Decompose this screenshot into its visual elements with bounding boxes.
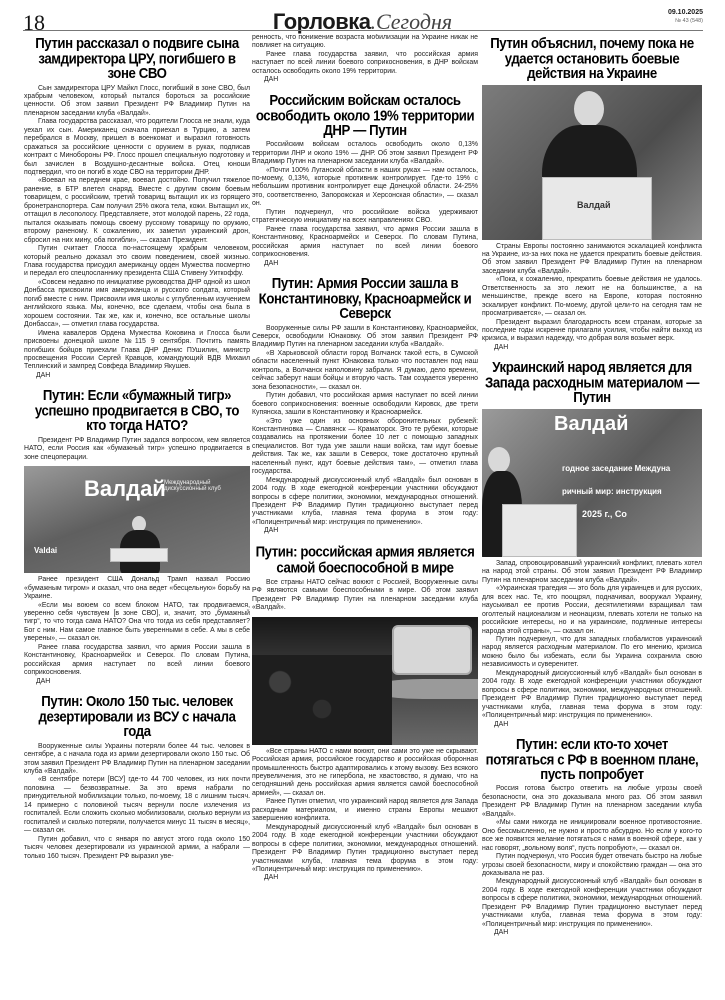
article-paragraph: Вооруженные силы Украины потеряли более … [24,743,250,777]
article-expendable-material: Украинский народ является для Запада рас… [482,362,702,729]
article-photo-putin-podium: Валдай [482,85,702,240]
article-paragraph: Ранее глава государства заявил, что росс… [252,51,478,76]
article-paragraph: Международный дискуссионный клуб «Валдай… [252,477,478,528]
article-headline: Украинский народ является для Запада рас… [482,360,702,405]
article-paragraph: Сын замдиректора ЦРУ Майкл Глосс, погибш… [24,85,250,119]
article-paragraph: Ранее президент США Дональд Трамп назвал… [24,576,250,601]
article-headline: Путин: если кто-то хочет потягаться с РФ… [482,737,702,782]
article-paragraph: Путин подчеркнул, что для западных глоба… [482,636,702,670]
photo-brand-text: Валдай [554,413,628,436]
speaker-head [574,91,604,127]
article-source: ДАН [252,76,478,84]
article-source: ДАН [482,721,702,729]
photo-brand-latin: Valdai [34,546,57,555]
article-source: ДАН [252,527,478,535]
article-paragraph: Запад, спровоцировавший украинский конфл… [482,560,702,585]
article-paragraph: Путин добавил, что российская армия наст… [252,392,478,417]
column-left: Путин рассказал о подвиге сына замдирект… [24,34,250,861]
article-headline: Путин: российская армия является самой б… [252,544,478,574]
article-paragraph: Ранее глава государства заявил, что арми… [252,226,478,260]
photo-brand-subtitle: Международный дискуссионный клуб [164,480,244,492]
column-middle: ренность, что понижение возраста мобилиз… [252,34,478,893]
article-paper-tiger: Путин: Если «бумажный тигр» успешно прод… [24,390,250,686]
article-cia-son: Путин рассказал о подвиге сына замдирект… [24,38,250,380]
article-photo-valdai-session: Валдай годное заседание Междуна ричный м… [482,409,702,557]
podium [110,548,168,562]
article-paragraph: Путин подчеркнул, что Россия будет отвеч… [482,853,702,878]
issue-number: № 43 (548) [668,17,703,26]
column-right: Путин объяснил, почему пока не удается о… [482,34,702,948]
article-paragraph: «Пока, к сожалению, прекратить боевые де… [482,276,702,318]
article-paragraph: Страны Европы постоянно занимаются эскал… [482,243,702,277]
article-let-them-try: Путин: если кто-то хочет потягаться с РФ… [482,739,702,938]
article-dnr-19-percent: Российским войскам осталось освободить о… [252,95,478,268]
article-deserters-continued: ренность, что понижение возраста мобилиз… [252,34,478,85]
photo-banner-line-3: 2025 г., Со [582,509,627,519]
article-paragraph: ренность, что понижение возраста мобилиз… [252,34,478,51]
article-paragraph: «В сентябре потери [ВСУ] где-то 44 700 ч… [24,776,250,835]
article-paragraph: Путин подчеркнул, что российские войска … [252,209,478,226]
article-paragraph: «Почти 100% Луганской области в наших ру… [252,167,478,209]
article-lead: Президент РФ Владимир Путин задался вопр… [24,437,250,462]
article-paragraph: Международный дискуссионный клуб «Валдай… [482,878,702,929]
audience-crowd [252,655,392,745]
article-paragraph: Глава государства рассказал, что родител… [24,118,250,177]
article-headline: Путин: Если «бумажный тигр» успешно прод… [24,388,250,433]
photo-banner-line-2: ричный мир: инструкция [562,487,662,496]
article-headline: Российским войскам осталось освободить о… [252,92,478,137]
podium [502,504,577,557]
article-photo-audience-hall [252,617,478,745]
article-headline: Путин рассказал о подвиге сына замдирект… [24,36,250,81]
article-paragraph: «В Харьковской области город Волчанск та… [252,350,478,392]
article-paragraph: Ранее глава государства заявил, что арми… [24,644,250,678]
article-headline: Путин: Около 150 тыс. человек дезертиров… [24,694,250,739]
article-deserters: Путин: Около 150 тыс. человек дезертиров… [24,696,250,861]
article-lead: Все страны НАТО сейчас воюют с Россией, … [252,579,478,613]
article-paragraph: Международный дискуссионный клуб «Валдай… [482,670,702,721]
article-source: ДАН [252,874,478,882]
article-photo-valdai-stage: Валдай Международный дискуссионный клуб … [24,466,250,573]
article-source: ДАН [24,372,250,380]
article-paragraph: «Все страны НАТО с нами воюют, они сами … [252,748,478,799]
article-paragraph: Путин добавил, что с января по август эт… [24,836,250,861]
podium-brand-text: Валдай [577,200,610,210]
article-source: ДАН [482,344,702,352]
article-konstantinovka: Путин: Армия России зашла в Константинов… [252,278,478,536]
speaker-head [488,447,510,473]
photo-brand-text: Валдай [84,476,166,502]
stage-screen [392,625,472,675]
article-paragraph: «Мы сами никогда не инициировали военное… [482,819,702,853]
photo-banner-line-1: годное заседание Междуна [562,464,670,473]
article-paragraph: Вооруженные силы РФ зашли в Константинов… [252,325,478,350]
article-paragraph: «Воевал на переднем крае, воевал достойн… [24,177,250,245]
article-paragraph: Россия готова быстро ответить на любые у… [482,785,702,819]
article-source: ДАН [482,929,702,937]
article-headline: Путин: Армия России зашла в Константинов… [252,276,478,321]
masthead: 18 Горловка.Сегодня 09.10.2025 № 43 (548… [0,0,725,30]
article-most-capable-army: Путин: российская армия является самой б… [252,546,478,883]
article-paragraph: «Украинская трагедия — это боль для укра… [482,585,702,636]
article-source: ДАН [24,678,250,686]
issue-date-block: 09.10.2025 № 43 (548) [668,8,703,26]
article-paragraph: Путин считает Глосса по-настоящему храбр… [24,245,250,279]
article-paragraph: Президент выразил благодарность всем стр… [482,319,702,344]
article-paragraph: Имена кавалеров Ордена Мужества Коковина… [24,330,250,372]
article-paragraph: «Если мы воюем со всем блоком НАТО, так … [24,602,250,644]
article-paragraph: Международный дискуссионный клуб «Валдай… [252,824,478,875]
issue-date: 09.10.2025 [668,8,703,17]
article-paragraph: Ранее Путин отметил, что украинский наро… [252,798,478,823]
article-paragraph: «Это уже один из основных оборонительных… [252,418,478,477]
header-divider [23,30,703,31]
article-paragraph: Российским войскам осталось освободить о… [252,141,478,166]
article-paragraph: «Совсем недавно по инициативе руководств… [24,279,250,330]
article-why-not-stopped: Путин объяснил, почему пока не удается о… [482,38,702,352]
article-headline: Путин объяснил, почему пока не удается о… [482,36,702,81]
article-source: ДАН [252,260,478,268]
